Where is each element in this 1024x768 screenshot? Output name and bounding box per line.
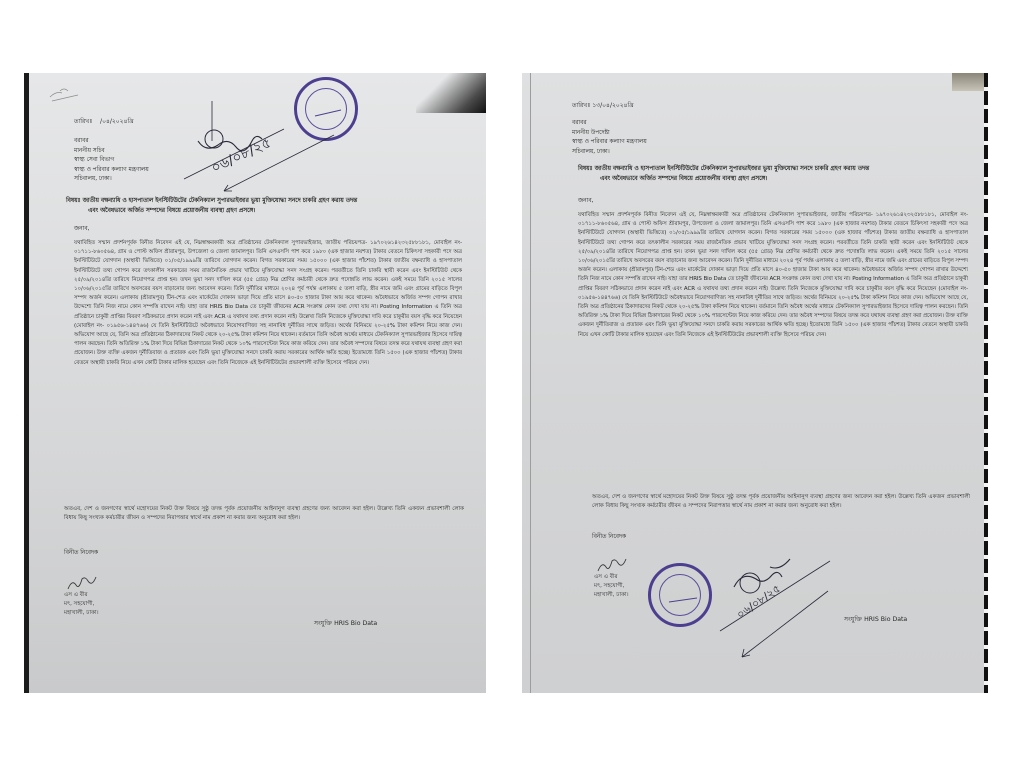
letter-date: তারিখঃ ১৩/০৪/২০২৪খ্রি <box>572 101 634 110</box>
official-signature: ০৬/০৮/২৫ <box>720 561 840 661</box>
letter-subject: বিষয়ঃ জাতীয় বক্ষব্যাধি ও হাসপাতাল ইনস্… <box>578 165 973 184</box>
sender-block: এস এ বীর মৎ, সহযোগী, মহাখালী, ঢাকা। <box>64 591 99 618</box>
official-signature: ০৬/০৮/২৫ <box>184 101 334 191</box>
letter-subject: বিষয়ঃ জাতীয় বক্ষব্যাধি ও হাসপাতাল ইনস্… <box>66 197 466 216</box>
salutation: জনাব, <box>578 197 593 206</box>
letter-body: যথাবিহিত সম্মান প্রদর্শনপূর্বক বিনীত নিব… <box>578 211 968 479</box>
letter-closing: অতএব, দেশ ও জনগণের স্বার্থে মহোদয়ের নিক… <box>64 505 464 523</box>
letter-photo-right: তারিখঃ ১৩/০৪/২০২৪খ্রি বরাবর মাননীয় উপদে… <box>522 73 988 693</box>
attachment-note: সংযুক্তি HRIS Bio Data <box>844 615 907 624</box>
letter-body: যথাবিহিত সম্মান প্রদর্শনপূর্বক বিনীত নিব… <box>74 239 462 489</box>
sign-title: বিনীত নিবেদক <box>64 549 98 558</box>
sender-block: এস এ বীর মৎ, সহযোগী, মহাখালী, ঢাকা। <box>594 573 629 600</box>
salutation: জনাব, <box>74 225 89 234</box>
official-stamp <box>648 563 712 627</box>
sign-title: বিনীত নিবেদক <box>592 533 626 542</box>
attachment-note: সংযুক্তি HRIS Bio Data <box>314 619 377 628</box>
recipient-address: বরাবর মাননীয় সচিব স্বাস্থ্য সেবা বিভাগ … <box>74 137 149 185</box>
recipient-address: বরাবর মাননীয় উপদেষ্টা স্বাস্থ্য ও পরিবা… <box>572 119 647 157</box>
letter-photo-left: তারিখঃ /০৪/২০২৪খ্রি বরাবর মাননীয় সচিব স… <box>24 73 486 693</box>
letter-closing: অতএব, দেশ ও জনগণের স্বার্থে মহোদয়ের নিক… <box>592 493 970 511</box>
letter-date: তারিখঃ /০৪/২০২৪খ্রি <box>74 117 134 126</box>
